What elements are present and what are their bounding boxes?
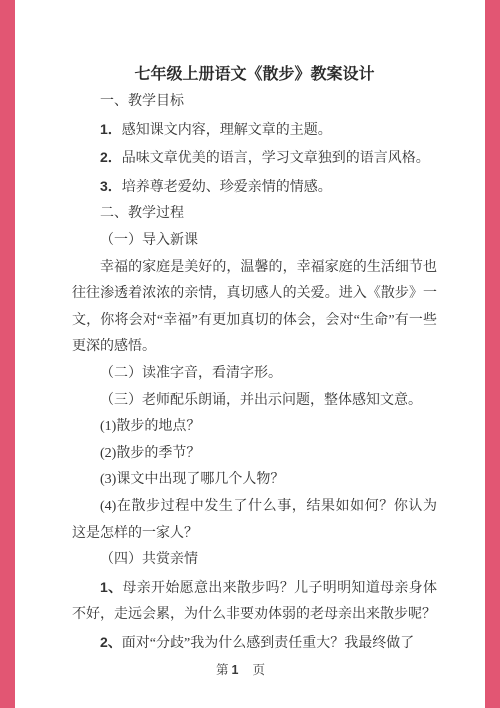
goal-item-2-number: 2． <box>100 149 122 165</box>
goal-item-2: 2．品味文章优美的语言，学习文章独到的语言风格。 <box>72 144 437 173</box>
goal-item-3-number: 3． <box>100 178 122 194</box>
right-border-strip <box>485 0 500 708</box>
goal-item-3: 3．培养尊老爱幼、珍爱亲情的情感。 <box>72 173 437 202</box>
goal-item-1-text: 感知课文内容，理解文章的主题。 <box>122 123 332 138</box>
discussion-question-1-number: 1、 <box>100 579 122 595</box>
question-season: (2)散步的季节？ <box>72 441 437 468</box>
discussion-question-1-text: 母亲开始愿意出来散步吗？儿子明明知道母亲身体不好，走远会累，为什么非要劝体弱的老… <box>72 581 437 623</box>
document-page: 七年级上册语文《散步》教案设计 一、教学目标 1．感知课文内容，理解文章的主题。… <box>72 0 437 684</box>
discussion-question-2-text: 面对“分歧”我为什么感到责任重大？我最终做了 <box>122 636 414 651</box>
question-characters: (3)课文中出现了哪几个人物？ <box>72 467 437 494</box>
discussion-question-1: 1、母亲开始愿意出来散步吗？儿子明明知道母亲身体不好，走远会累，为什么非要劝体弱… <box>72 574 437 629</box>
goal-item-1-number: 1． <box>100 121 122 137</box>
heading-teaching-goals: 一、教学目标 <box>72 89 437 116</box>
subheading-recitation: （三）老师配乐朗诵，并出示问题，整体感知文意。 <box>72 388 437 415</box>
page-footer: 第1页 <box>58 657 423 684</box>
doc-title: 七年级上册语文《散步》教案设计 <box>72 61 437 89</box>
subheading-appreciation: （四）共赏亲情 <box>72 547 437 574</box>
page-footer-prefix: 第 <box>216 663 229 677</box>
question-events: (4)在散步过程中发生了什么事，结果如如何？你认为这是怎样的一家人？ <box>72 494 437 547</box>
goal-item-1: 1．感知课文内容，理解文章的主题。 <box>72 116 437 145</box>
discussion-question-2-number: 2、 <box>100 634 122 650</box>
page-footer-suffix: 页 <box>252 663 265 677</box>
goal-item-2-text: 品味文章优美的语言，学习文章独到的语言风格。 <box>122 151 430 166</box>
subheading-lesson-intro: （一）导入新课 <box>72 228 437 255</box>
question-location: (1)散步的地点？ <box>72 414 437 441</box>
left-border-strip <box>0 0 15 708</box>
intro-paragraph: 幸福的家庭是美好的，温馨的，幸福家庭的生活细节也往往渗透着浓浓的亲情，真切感人的… <box>72 255 437 361</box>
subheading-pronunciation: （二）读准字音，看清字形。 <box>72 361 437 388</box>
page-number: 1 <box>232 663 239 677</box>
goal-item-3-text: 培养尊老爱幼、珍爱亲情的情感。 <box>122 180 332 195</box>
discussion-question-2: 2、面对“分歧”我为什么感到责任重大？我最终做了 <box>72 629 437 658</box>
heading-teaching-process: 二、教学过程 <box>72 201 437 228</box>
